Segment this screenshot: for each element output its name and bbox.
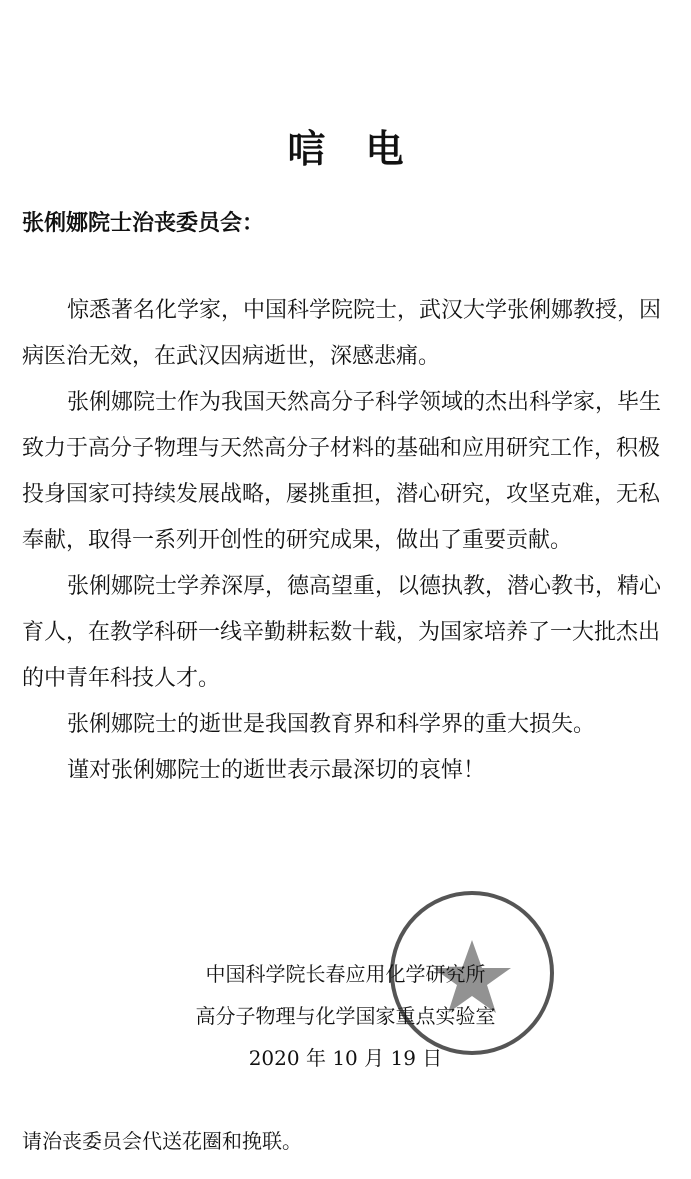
footer-note: 请治丧委员会代送花圈和挽联。 — [22, 1125, 302, 1154]
letter-body: 惊悉著名化学家，中国科学院院士，武汉大学张俐娜教授，因病医治无效，在武汉因病逝世… — [22, 288, 672, 794]
signature-date: 2020 年 10 月 19 日 — [0, 1042, 691, 1071]
paragraph-2: 张俐娜院士作为我国天然高分子科学领域的杰出科学家，毕生致力于高分子物理与天然高分… — [22, 380, 672, 564]
signature-org-1: 中国科学院长春应用化学研究所 — [0, 958, 691, 987]
document-title: 唁电 — [0, 118, 691, 173]
paragraph-4: 张俐娜院士的逝世是我国教育界和科学界的重大损失。 — [22, 702, 672, 748]
signature-org-2: 高分子物理与化学国家重点实验室 — [0, 1000, 691, 1029]
paragraph-5: 谨对张俐娜院士的逝世表示最深切的哀悼！ — [22, 748, 672, 794]
paragraph-3: 张俐娜院士学养深厚，德高望重，以德执教，潜心教书，精心育人，在教学科研一线辛勤耕… — [22, 564, 672, 702]
paragraph-1: 惊悉著名化学家，中国科学院院士，武汉大学张俐娜教授，因病医治无效，在武汉因病逝世… — [22, 288, 672, 380]
salutation: 张俐娜院士治丧委员会： — [22, 206, 264, 237]
